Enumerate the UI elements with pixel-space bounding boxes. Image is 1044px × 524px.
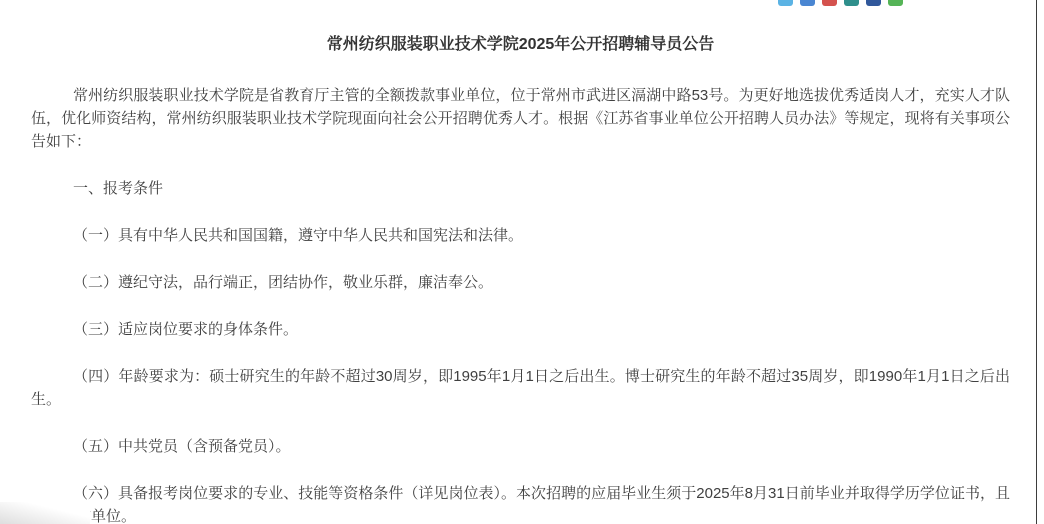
- condition-item-6: （六）具备报考岗位要求的专业、技能等资格条件（详见岗位表）。本次招聘的应届毕业生…: [31, 482, 1010, 524]
- page-title: 常州纺织服装职业技术学院2025年公开招聘辅导员公告: [31, 37, 1010, 53]
- announcement-page: 常州纺织服装职业技术学院2025年公开招聘辅导员公告 常州纺织服装职业技术学院是…: [0, 0, 1044, 524]
- condition-item-5: （五）中共党员（含预备党员）。: [31, 435, 1010, 458]
- intro-paragraph: 常州纺织服装职业技术学院是省教育厅主管的全额拨款事业单位，位于常州市武进区滆湖中…: [31, 84, 1010, 153]
- condition-item-4: （四）年龄要求为：硕士研究生的年龄不超过30周岁，即1995年1月1日之后出生。…: [31, 365, 1010, 411]
- section-heading: 一、报考条件: [31, 177, 1010, 200]
- condition-item-2: （二）遵纪守法，品行端正，团结协作，敬业乐群，廉洁奉公。: [31, 271, 1010, 294]
- page-corner-shade: [0, 502, 90, 524]
- condition-item-3: （三）适应岗位要求的身体条件。: [31, 318, 1010, 341]
- announcement-body: 常州纺织服装职业技术学院2025年公开招聘辅导员公告 常州纺织服装职业技术学院是…: [0, 0, 1044, 524]
- condition-item-1: （一）具有中华人民共和国国籍，遵守中华人民共和国宪法和法律。: [31, 224, 1010, 247]
